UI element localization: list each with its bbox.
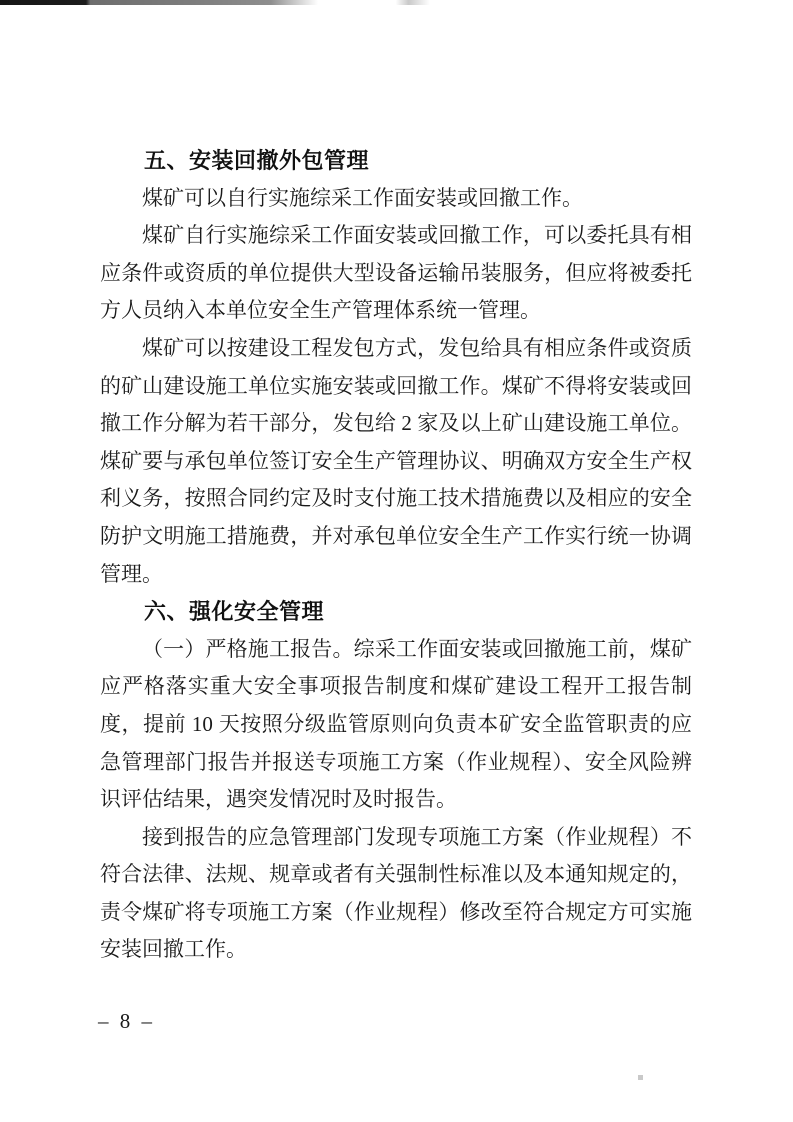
- section-heading-5-outsourcing-management: 五、安装回撤外包管理: [100, 142, 692, 180]
- paragraph: 煤矿自行实施综采工作面安装或回撤工作，可以委托具有相应条件或资质的单位提供大型设…: [100, 217, 692, 330]
- page-number: – 8 –: [98, 1008, 155, 1034]
- scan-artifact-top-edge: [0, 0, 430, 5]
- document-content: 五、安装回撤外包管理 煤矿可以自行实施综采工作面安装或回撤工作。 煤矿自行实施综…: [100, 142, 692, 969]
- scan-speck-artifact: [638, 1075, 643, 1080]
- document-page: 五、安装回撤外包管理 煤矿可以自行实施综采工作面安装或回撤工作。 煤矿自行实施综…: [0, 0, 793, 1122]
- section-heading-6-safety-management: 六、强化安全管理: [100, 593, 692, 631]
- paragraph: （一）严格施工报告。综采工作面安装或回撤施工前，煤矿应严格落实重大安全事项报告制…: [100, 631, 692, 819]
- paragraph: 接到报告的应急管理部门发现专项施工方案（作业规程）不符合法律、法规、规章或者有关…: [100, 819, 692, 969]
- paragraph: 煤矿可以按建设工程发包方式，发包给具有相应条件或资质的矿山建设施工单位实施安装或…: [100, 330, 692, 593]
- paragraph: 煤矿可以自行实施综采工作面安装或回撤工作。: [100, 180, 692, 218]
